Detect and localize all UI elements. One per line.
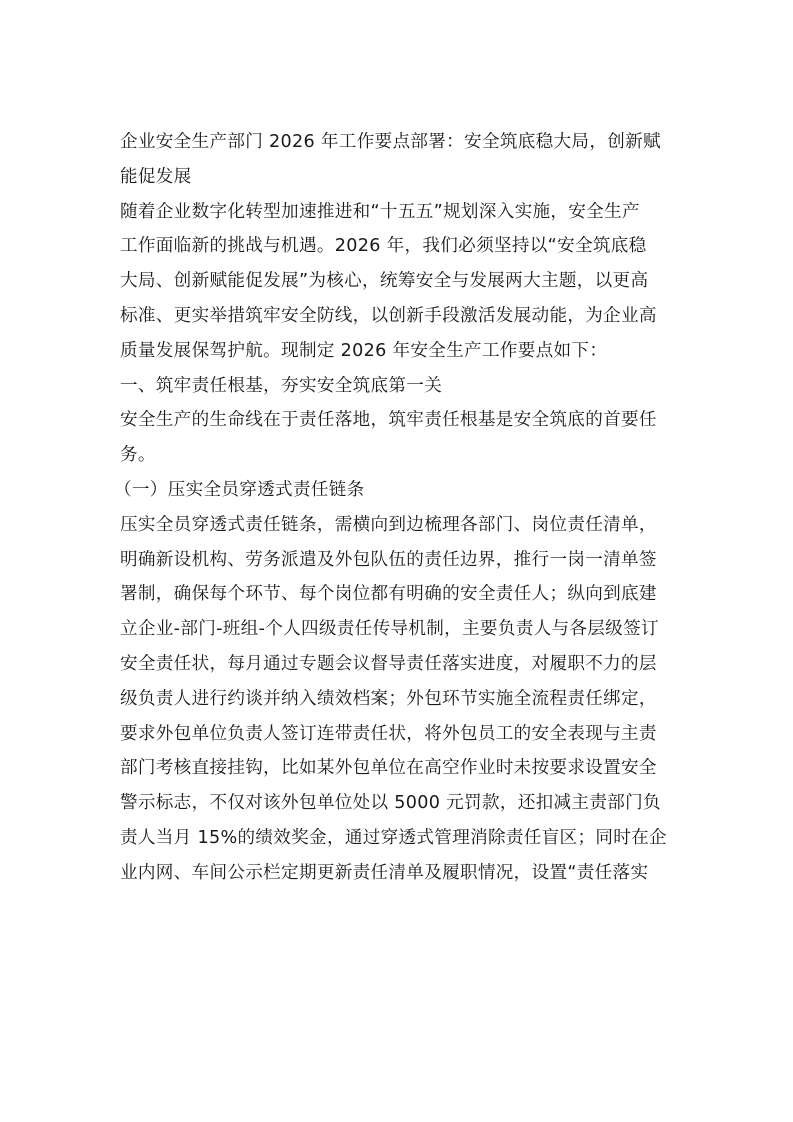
paragraph-line: 立企业-部门-班组-个人四级责任传导机制，主要负责人与各层级签订 [120,612,680,647]
paragraph-line: 明确新设机构、劳务派遣及外包队伍的责任边界，推行一岗一清单签 [120,543,680,578]
document-title-line-1: 企业安全生产部门 2026 年工作要点部署：安全筑底稳大局，创新赋 [120,125,680,160]
document-page: 企业安全生产部门 2026 年工作要点部署：安全筑底稳大局，创新赋 能促发展 随… [120,125,680,891]
paragraph-line: 级负责人进行约谈并纳入绩效档案；外包环节实施全流程责任绑定， [120,682,680,717]
intro-paragraph: 随着企业数字化转型加速推进和“十五五”规划深入实施，安全生产 工作面临新的挑战与… [120,195,680,369]
document-title-line-2: 能促发展 [120,160,680,195]
section-heading: 一、筑牢责任根基，夯实安全筑底第一关 [120,369,680,404]
paragraph-line: 业内网、车间公示栏定期更新责任清单及履职情况，设置“责任落实 [120,856,680,891]
paragraph-line: 安全责任状，每月通过专题会议督导责任落实进度，对履职不力的层 [120,647,680,682]
paragraph-line: 压实全员穿透式责任链条，需横向到边梳理各部门、岗位责任清单， [120,508,680,543]
paragraph-line: 责人当月 15%的绩效奖金，通过穿透式管理消除责任盲区；同时在企 [120,821,680,856]
paragraph-line: 署制，确保每个环节、每个岗位都有明确的安全责任人；纵向到底建 [120,577,680,612]
paragraph-line: 要求外包单位负责人签订连带责任状，将外包员工的安全表现与主责 [120,717,680,752]
paragraph-line: 警示标志，不仅对该外包单位处以 5000 元罚款，还扣减主责部门负 [120,786,680,821]
paragraph-line: 务。 [120,438,680,473]
paragraph-line: 安全生产的生命线在于责任落地，筑牢责任根基是安全筑底的首要任 [120,403,680,438]
paragraph-line: 工作面临新的挑战与机遇。2026 年，我们必须坚持以“安全筑底稳 [120,229,680,264]
paragraph-line: 随着企业数字化转型加速推进和“十五五”规划深入实施，安全生产 [120,195,680,230]
paragraph-line: 大局、创新赋能促发展”为核心，统筹安全与发展两大主题，以更高 [120,264,680,299]
paragraph-line: 标准、更实举措筑牢安全防线，以创新手段激活发展动能，为企业高 [120,299,680,334]
paragraph-line: 质量发展保驾护航。现制定 2026 年安全生产工作要点如下： [120,334,680,369]
subsection-body-paragraph: 压实全员穿透式责任链条，需横向到边梳理各部门、岗位责任清单， 明确新设机构、劳务… [120,508,680,891]
paragraph-line: 部门考核直接挂钩，比如某外包单位在高空作业时未按要求设置安全 [120,751,680,786]
subsection-heading: （一）压实全员穿透式责任链条 [114,473,680,508]
section-intro-paragraph: 安全生产的生命线在于责任落地，筑牢责任根基是安全筑底的首要任 务。 [120,403,680,473]
